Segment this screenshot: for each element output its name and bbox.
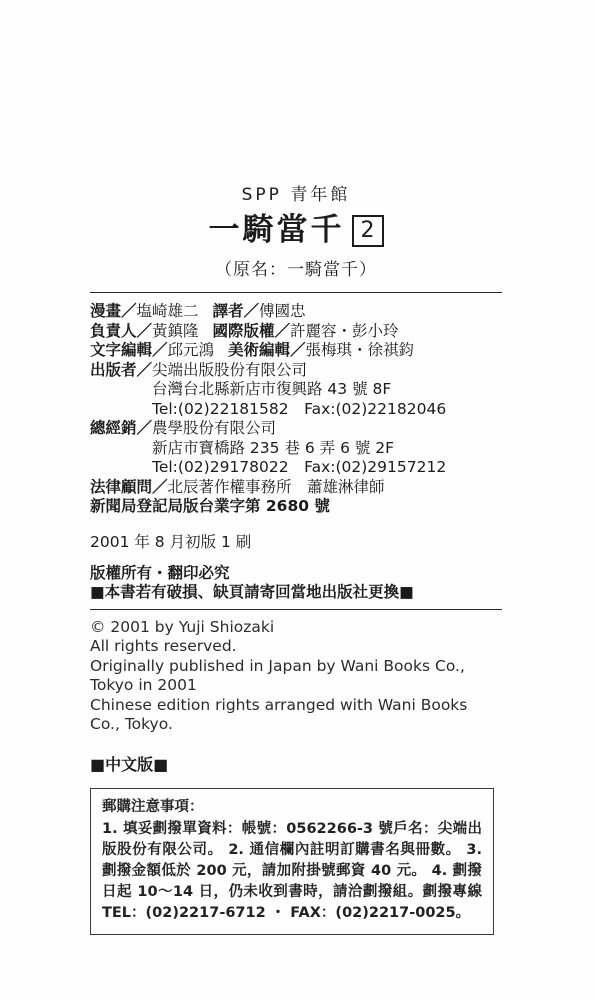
credit-row-legal-advisor: 法律顧問／北辰著作權事務所 蕭雄淋律師 [90,478,502,498]
credit-value: 黃鎮隆 [152,322,199,340]
credit-value: 張梅琪・徐祺鈞 [306,341,415,359]
credit-value: 北辰著作權事務所 蕭雄淋律師 [168,478,385,496]
english-copyright-block: © 2001 by Yuji Shiozaki All rights reser… [90,618,502,735]
credit-label: 譯者／ [213,302,260,320]
credit-label: 美術編輯／ [228,341,306,359]
credit-pair: 出版者／尖端出版股份有限公司 [90,361,307,379]
credit-value: 尖端出版股份有限公司 [152,361,307,379]
credit-label: 負責人／ [90,322,152,340]
distributor-phone-line: Tel:(02)29178022 Fax:(02)29157212 [90,458,502,478]
credit-pair: 負責人／黃鎮隆 [90,322,199,340]
divider-top [90,292,502,293]
credit-value: 許麗容・彭小玲 [290,322,399,340]
credit-row-publisher-rights: 負責人／黃鎮隆國際版權／許麗容・彭小玲 [90,322,502,342]
imprint-label: SPP 青年館 [90,180,502,205]
credit-label: 漫畫／ [90,302,137,320]
credits-section: 漫畫／塩崎雄二譯者／傅國忠 負責人／黃鎮隆國際版權／許麗容・彭小玲 文字編輯／邱… [90,302,502,517]
credit-value: 傅國忠 [259,302,306,320]
credit-pair: 譯者／傅國忠 [213,302,306,320]
book-title-row: 一騎當千2 [90,212,502,248]
credit-label: 出版者／ [90,361,152,379]
divider-middle [90,609,502,610]
distributor-address-line: 新店市寶橋路 235 巷 6 弄 6 號 2F [90,439,502,459]
title-block: SPP 青年館 一騎當千2 （原名：一騎當千） [90,180,502,280]
original-publication-line: Originally published in Japan by Wani Bo… [90,657,502,696]
publisher-phone-line: Tel:(02)22181582 Fax:(02)22182046 [90,400,502,420]
chinese-edition-label: ■中文版■ [90,752,502,775]
copyright-notice: 版權所有・翻印必究 ■本書若有破損、缺頁請寄回當地出版社更換■ [90,564,502,603]
original-title-subtitle: （原名：一騎當千） [90,255,502,280]
mail-order-instructions: 1. 填妥劃撥單資料：帳號：0562266-3 號戶名：尖端出版股份有限公司。 … [102,819,482,924]
rights-arranged-line: Chinese edition rights arranged with Wan… [90,696,502,735]
credit-label: 法律顧問／ [90,478,168,496]
book-title: 一騎當千 [209,212,345,248]
credit-pair: 美術編輯／張梅琪・徐祺鈞 [228,341,414,359]
mail-order-box: 郵購注意事項： 1. 填妥劃撥單資料：帳號：0562266-3 號戶名：尖端出版… [90,788,494,935]
credit-pair: 國際版權／許麗容・彭小玲 [213,322,399,340]
colophon-page: SPP 青年館 一騎當千2 （原名：一騎當千） 漫畫／塩崎雄二譯者／傅國忠 負責… [0,0,594,1000]
credit-label: 國際版權／ [213,322,291,340]
publisher-address-line: 台灣台北縣新店市復興路 43 號 8F [90,380,502,400]
damaged-book-notice-line: ■本書若有破損、缺頁請寄回當地出版社更換■ [90,583,502,603]
credit-pair: 漫畫／塩崎雄二 [90,302,199,320]
text-column: SPP 青年館 一騎當千2 （原名：一騎當千） 漫畫／塩崎雄二譯者／傅國忠 負責… [90,180,502,935]
volume-number-box: 2 [352,215,384,247]
all-rights-reserved-line: 版權所有・翻印必究 [90,564,502,584]
rights-reserved-line: All rights reserved. [90,637,502,657]
credit-row-artist-translator: 漫畫／塩崎雄二譯者／傅國忠 [90,302,502,322]
mail-order-heading: 郵購注意事項： [102,797,482,818]
credit-pair: 文字編輯／邱元鴻 [90,341,214,359]
credit-row-publishing-house: 出版者／尖端出版股份有限公司 [90,361,502,381]
credit-label: 文字編輯／ [90,341,168,359]
credit-value: 農學股份有限公司 [152,419,276,437]
edition-line: 2001 年 8 月初版 1 刷 [90,530,502,552]
credit-row-editors: 文字編輯／邱元鴻美術編輯／張梅琪・徐祺鈞 [90,341,502,361]
copyright-line: © 2001 by Yuji Shiozaki [90,618,502,638]
credit-value: 塩崎雄二 [137,302,199,320]
credit-row-distributor: 總經銷／農學股份有限公司 [90,419,502,439]
registration-number-line: 新聞局登記局版台業字第 2680 號 [90,497,502,517]
credit-pair: 總經銷／農學股份有限公司 [90,419,276,437]
credit-value: 邱元鴻 [168,341,215,359]
credit-pair: 法律顧問／北辰著作權事務所 蕭雄淋律師 [90,478,385,496]
credit-label: 總經銷／ [90,419,152,437]
